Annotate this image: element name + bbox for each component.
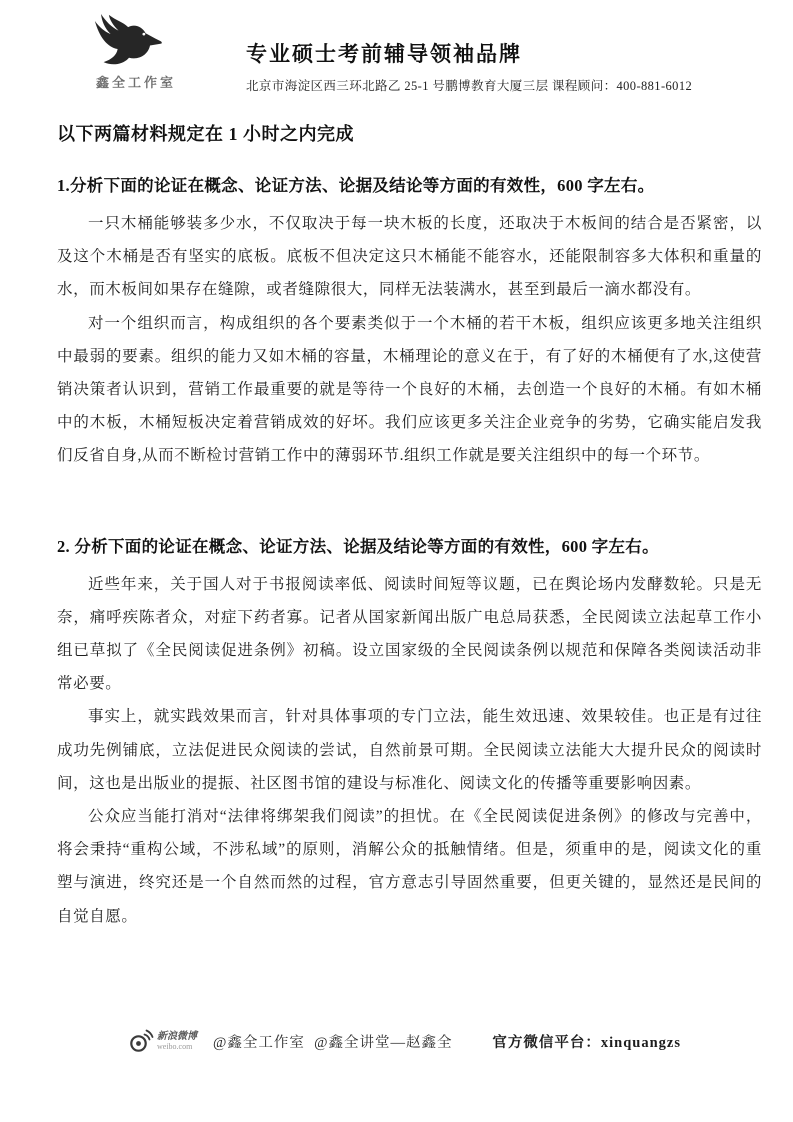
brand-logo: 鑫全工作室 <box>84 14 188 91</box>
question-2-paragraph: 近些年来，关于国人对于书报阅读率低、阅读时间短等议题，已在舆论场内发酵数轮。只是… <box>57 568 762 701</box>
weibo-domain-text: weibo.com <box>157 1043 197 1051</box>
question-2: 2. 分析下面的论证在概念、论证方法、论据及结论等方面的有效性，600 字左右。… <box>57 533 762 933</box>
brand-title: 专业硕士考前辅导领袖品牌 <box>246 38 692 68</box>
weibo-accounts: @鑫全工作室 @鑫全讲堂—赵鑫全 <box>213 1031 452 1052</box>
question-1-paragraph: 一只木桶能够装多少水，不仅取决于每一块木板的长度，还取决于木板间的结合是否紧密，… <box>57 207 762 307</box>
question-1: 1.分析下面的论证在概念、论证方法、论据及结论等方面的有效性，600 字左右。 … <box>57 172 762 473</box>
question-2-paragraph: 公众应当能打消对“法律将绑架我们阅读”的担忧。在《全民阅读促进条例》的修改与完善… <box>57 800 762 933</box>
brand-subtitle: 北京市海淀区西三环北路乙 25-1 号鹏博教育大厦三层 课程顾问：400-881… <box>246 76 692 94</box>
weibo-logo: 新浪微博 weibo.com <box>128 1028 197 1054</box>
question-2-heading: 2. 分析下面的论证在概念、论证方法、论据及结论等方面的有效性，600 字左右。 <box>57 533 762 557</box>
weibo-icon <box>128 1028 154 1054</box>
weibo-wordmark: 新浪微博 weibo.com <box>157 1032 197 1051</box>
page-footer: 新浪微博 weibo.com @鑫全工作室 @鑫全讲堂—赵鑫全 官方微信平台：x… <box>128 1028 681 1054</box>
question-1-heading: 1.分析下面的论证在概念、论证方法、论据及结论等方面的有效性，600 字左右。 <box>57 172 762 196</box>
brand-logo-label: 鑫全工作室 <box>84 72 188 91</box>
weibo-brand-text: 新浪微博 <box>157 1032 197 1042</box>
document-content: 以下两篇材料规定在 1 小时之内完成 1.分析下面的论证在概念、论证方法、论据及… <box>57 120 762 933</box>
document-page: 鑫全工作室 专业硕士考前辅导领袖品牌 北京市海淀区西三环北路乙 25-1 号鹏博… <box>0 0 793 1122</box>
doc-instruction: 以下两篇材料规定在 1 小时之内完成 <box>57 120 762 146</box>
question-1-paragraph: 对一个组织而言，构成组织的各个要素类似于一个木桶的若干木板，组织应该更多地关注组… <box>57 307 762 473</box>
question-2-paragraph: 事实上，就实践效果而言，针对具体事项的专门立法，能生效迅速、效果较佳。也正是有过… <box>57 700 762 800</box>
wechat-platform-label: 官方微信平台：xinquangzs <box>492 1031 681 1052</box>
brand-header: 专业硕士考前辅导领袖品牌 北京市海淀区西三环北路乙 25-1 号鹏博教育大厦三层… <box>246 38 692 94</box>
dove-icon <box>84 14 188 70</box>
